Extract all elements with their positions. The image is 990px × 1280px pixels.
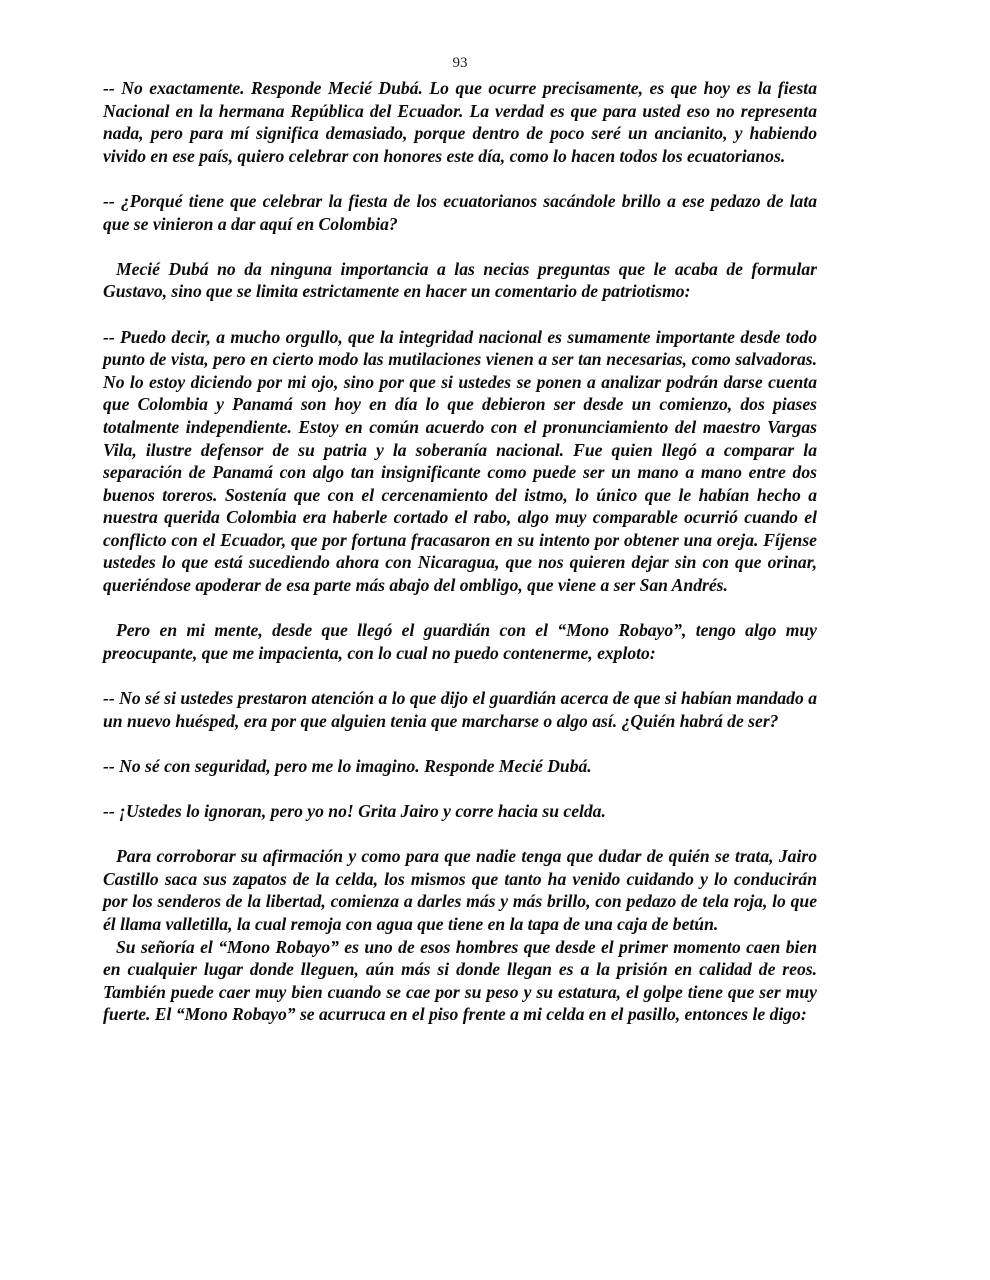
paragraph-dialogue-1: -- No exactamente. Responde Mecié Dubá. … — [103, 77, 817, 167]
paragraph-dialogue-4: -- No sé si ustedes prestaron atención a… — [103, 687, 817, 732]
paragraph-dialogue-3: -- Puedo decir, a mucho orgullo, que la … — [103, 326, 817, 597]
paragraph-dialogue-6: -- ¡Ustedes lo ignoran, pero yo no! Grit… — [103, 800, 817, 823]
paragraph-dialogue-5: -- No sé con seguridad, pero me lo imagi… — [103, 755, 817, 778]
page-body: -- No exactamente. Responde Mecié Dubá. … — [103, 77, 817, 1049]
paragraph-narrative-4: Su señoría el “Mono Robayo” es uno de es… — [103, 936, 817, 1026]
paragraph-narrative-2: Pero en mi mente, desde que llegó el gua… — [103, 619, 817, 664]
paragraph-dialogue-2: -- ¿Porqué tiene que celebrar la fiesta … — [103, 190, 817, 235]
paragraph-narrative-1: Mecié Dubá no da ninguna importancia a l… — [103, 258, 817, 303]
page-number: 93 — [103, 53, 817, 73]
document-page: 93 -- No exactamente. Responde Mecié Dub… — [0, 0, 990, 1280]
paragraph-narrative-3: Para corroborar su afirmación y como par… — [103, 845, 817, 935]
